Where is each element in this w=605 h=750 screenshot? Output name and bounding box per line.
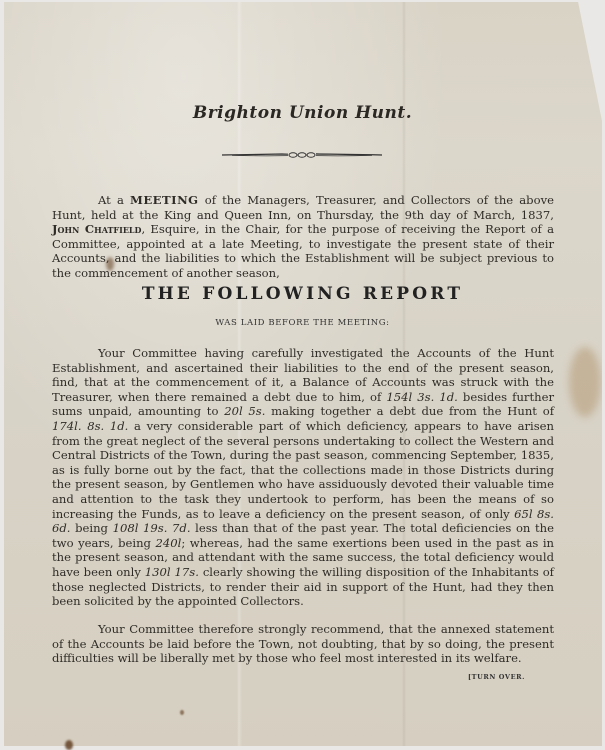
- report-text: a very considerable part of which defici…: [52, 419, 554, 521]
- report-text: being: [70, 521, 112, 535]
- report-heading: THE FOLLOWING REPORT: [0, 284, 605, 304]
- amount-unpaid: 20l 5s.: [224, 404, 265, 418]
- amount-two-years: 240l: [155, 536, 181, 550]
- chair-name: John Chatfield: [52, 222, 142, 236]
- report-subheading: WAS LAID BEFORE THE MEETING:: [0, 318, 605, 328]
- meeting-intro-paragraph: At a MEETING of the Managers, Treasurer,…: [52, 193, 554, 281]
- turn-over-note: [TURN OVER.: [468, 673, 525, 681]
- recommendation-paragraph: Your Committee therefore strongly recomm…: [52, 622, 554, 666]
- amount-would-have-been: 130l 17s.: [145, 565, 199, 579]
- amount-difference: 108l 19s. 7d.: [113, 521, 191, 535]
- committee-report-paragraph: Your Committee having carefully investig…: [52, 346, 554, 609]
- document-title: Brighton Union Hunt.: [0, 103, 605, 123]
- ornament-rule-icon: [222, 151, 382, 159]
- amount-debt: 154l 3s. 1d.: [386, 390, 458, 404]
- amount-total-debt: 174l. 8s. 1d.: [52, 419, 128, 433]
- meeting-word: MEETING: [130, 193, 199, 207]
- foxing-stain: [569, 347, 601, 417]
- intro-lead: At a: [98, 193, 130, 207]
- foxing-spot: [180, 710, 184, 715]
- report-text: making together a debt due from the Hunt…: [265, 404, 554, 418]
